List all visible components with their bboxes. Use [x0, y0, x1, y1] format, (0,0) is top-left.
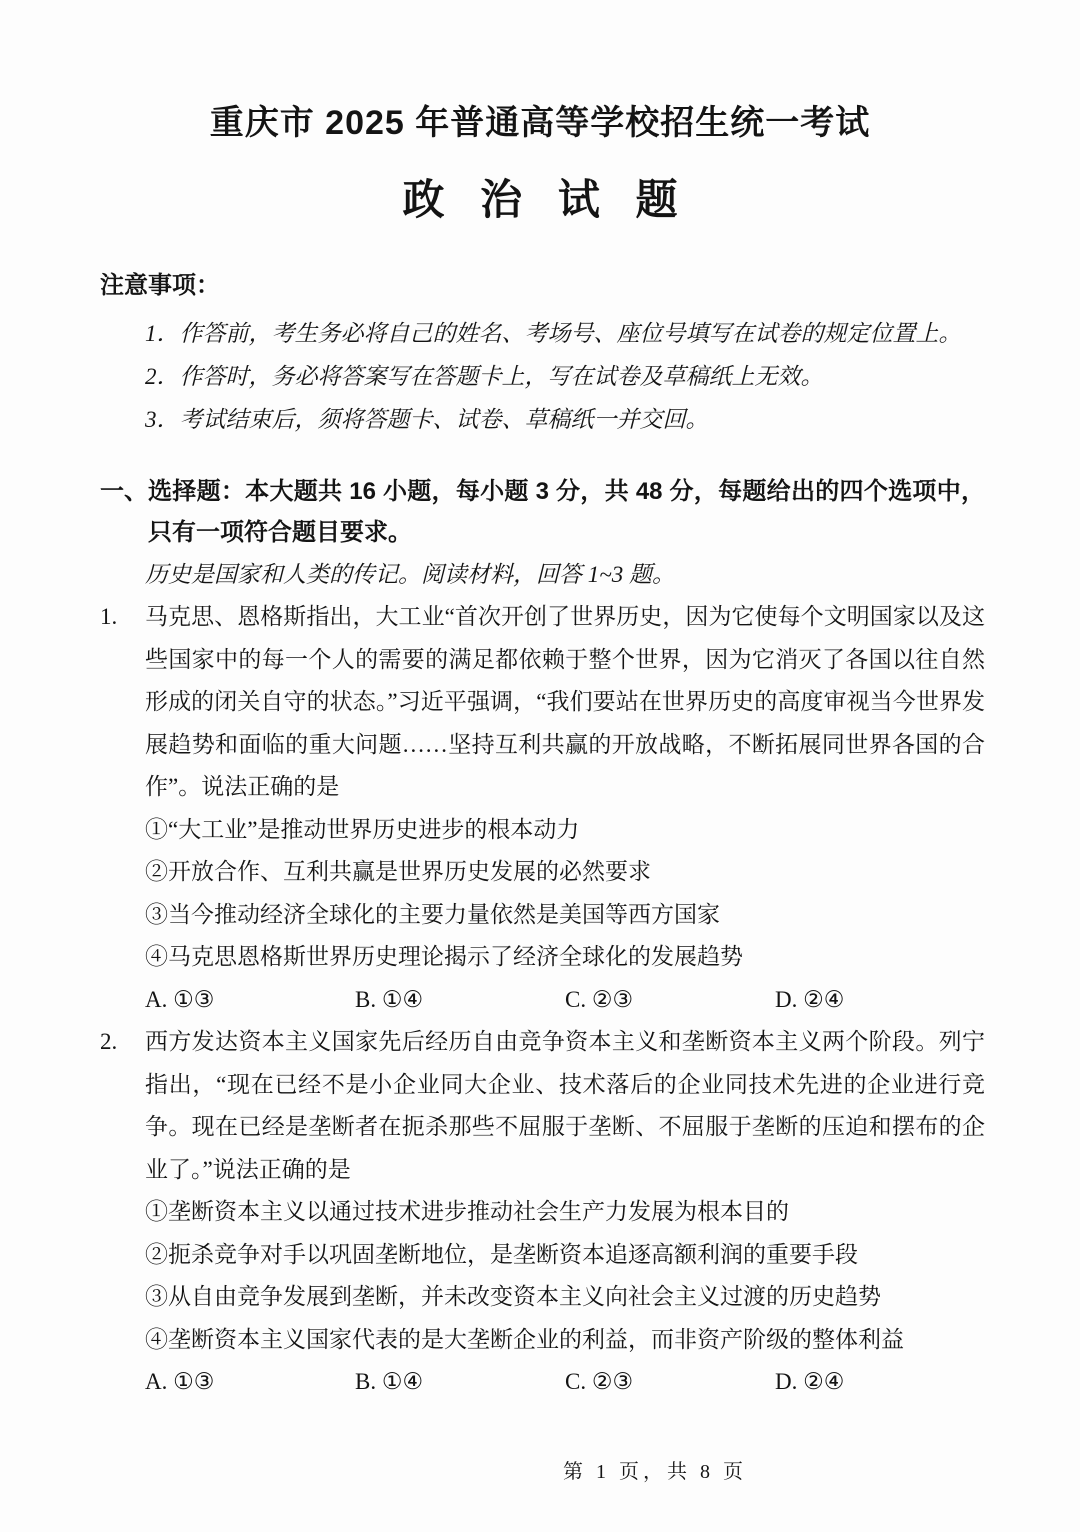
question-1-choice-b: B. ①④: [355, 979, 565, 1022]
question-2-statement-3: ③从自由竞争发展到垄断，并未改变资本主义向社会主义过渡的历史趋势: [145, 1276, 985, 1319]
question-1-body: 马克思、恩格斯指出，大工业“首次开创了世界历史，因为它使每个文明国家以及这些国家…: [145, 596, 985, 1021]
page-footer-row: 第 1 页，共 8 页: [0, 1455, 1080, 1484]
question-2-choice-c: C. ②③: [565, 1361, 775, 1404]
notice-item-1: 1．作答前，考生务必将自己的姓名、考场号、座位号填写在试卷的规定位置上。: [145, 312, 985, 355]
question-1-choices: A. ①③ B. ①④ C. ②③ D. ②④: [145, 979, 985, 1022]
page-subtitle: 政 治 试 题: [0, 172, 1080, 228]
question-1-choice-d: D. ②④: [775, 979, 985, 1022]
section-heading-text: 选择题：本大题共 16 小题，每小题 3 分，共 48 分，每题给出的四个选项中…: [148, 471, 985, 553]
page-content: 注意事项： 1．作答前，考生务必将自己的姓名、考场号、座位号填写在试卷的规定位置…: [0, 270, 1080, 1404]
page-footer: 第 1 页，共 8 页: [563, 1461, 747, 1483]
section-heading: 一、 选择题：本大题共 16 小题，每小题 3 分，共 48 分，每题给出的四个…: [100, 471, 985, 553]
question-1-statement-4: ④马克思恩格斯世界历史理论揭示了经济全球化的发展趋势: [145, 936, 985, 979]
question-1: 1. 马克思、恩格斯指出，大工业“首次开创了世界历史，因为它使每个文明国家以及这…: [100, 596, 985, 1021]
exam-page: 重庆市 2025 年普通高等学校招生统一考试 政 治 试 题 注意事项： 1．作…: [0, 0, 1080, 1532]
question-2-choices: A. ①③ B. ①④ C. ②③ D. ②④: [145, 1361, 985, 1404]
question-2-stem: 西方发达资本主义国家先后经历自由竞争资本主义和垄断资本主义两个阶段。列宁指出，“…: [145, 1021, 985, 1191]
question-2-statement-4: ④垄断资本主义国家代表的是大垄断企业的利益，而非资产阶级的整体利益: [145, 1319, 985, 1362]
notice-heading: 注意事项：: [100, 270, 985, 302]
notice-list: 1．作答前，考生务必将自己的姓名、考场号、座位号填写在试卷的规定位置上。 2．作…: [145, 312, 985, 441]
notice-item-3: 3．考试结束后，须将答题卡、试卷、草稿纸一并交回。: [145, 398, 985, 441]
section-marker: 一、: [100, 471, 148, 553]
question-2-choice-a: A. ①③: [145, 1361, 355, 1404]
question-2: 2. 西方发达资本主义国家先后经历自由竞争资本主义和垄断资本主义两个阶段。列宁指…: [100, 1021, 985, 1404]
question-1-statement-3: ③当今推动经济全球化的主要力量依然是美国等西方国家: [145, 894, 985, 937]
question-1-statement-2: ②开放合作、互利共赢是世界历史发展的必然要求: [145, 851, 985, 894]
question-2-statement-1: ①垄断资本主义以通过技术进步推动社会生产力发展为根本目的: [145, 1191, 985, 1234]
question-2-choice-b: B. ①④: [355, 1361, 565, 1404]
question-1-choice-c: C. ②③: [565, 979, 775, 1022]
question-2-body: 西方发达资本主义国家先后经历自由竞争资本主义和垄断资本主义两个阶段。列宁指出，“…: [145, 1021, 985, 1404]
page-title: 重庆市 2025 年普通高等学校招生统一考试: [0, 100, 1080, 146]
question-1-choice-a: A. ①③: [145, 979, 355, 1022]
question-2-choice-d: D. ②④: [775, 1361, 985, 1404]
question-2-number: 2.: [100, 1021, 145, 1404]
question-1-number: 1.: [100, 596, 145, 1021]
question-1-statement-1: ①“大工业”是推动世界历史进步的根本动力: [145, 809, 985, 852]
notice-item-2: 2．作答时，务必将答案写在答题卡上，写在试卷及草稿纸上无效。: [145, 355, 985, 398]
question-2-statement-2: ②扼杀竞争对手以巩固垄断地位，是垄断资本追逐高额利润的重要手段: [145, 1234, 985, 1277]
question-1-stem: 马克思、恩格斯指出，大工业“首次开创了世界历史，因为它使每个文明国家以及这些国家…: [145, 596, 985, 809]
material-intro: 历史是国家和人类的传记。阅读材料，回答 1~3 题。: [145, 553, 985, 596]
